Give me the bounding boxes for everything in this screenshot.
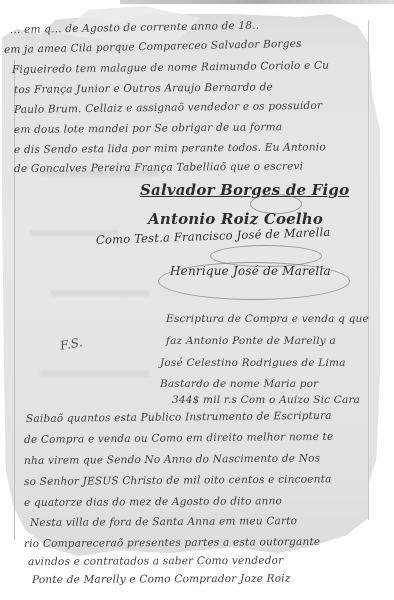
deed-heading-line: faz Antonio Ponte de Marelly a [166, 335, 336, 347]
text-line: e dis Sendo esta lida por mim perante to… [14, 141, 326, 156]
text-line: Saibaõ quantos esta Publico Instrumento … [26, 410, 332, 425]
text-line: avindos e contratados a saber Como vende… [28, 555, 283, 568]
text-line: Ponte de Marelly e Como Comprador Joze R… [32, 573, 291, 586]
text-line: so Senhor JESUS Christo de mil oito cent… [24, 473, 332, 488]
text-line: Paulo Brum. Cellaiz e assignaõ vendedor … [14, 100, 322, 116]
text-line: ... em q... de Agosto de corrente anno d… [10, 20, 259, 36]
text-line: Nesta villa de fora de Santa Anna em meu… [30, 515, 297, 529]
text-line: nha virem que Sendo No Anno do Nasciment… [24, 452, 320, 467]
deed-heading-line: José Celestino Rodrigues de Lima [160, 357, 346, 369]
signature-salvador-borges: Salvador Borges de Figo [140, 181, 349, 199]
deed-heading-line: Escriptura de Compra e venda q que [166, 313, 369, 325]
text-line: de Goncalves Pereira França Tabelliaõ qu… [14, 160, 303, 175]
deed-heading-line: 344$ mil r.s Com o Auizo Sic Cara [172, 394, 360, 406]
document-body: ... em q... de Agosto de corrente anno d… [0, 0, 394, 600]
text-line: em dous lote mandei por Se obrigar de ua… [14, 121, 282, 136]
signature-witness-francisco: Como Test.a Francisco José de Marella [96, 225, 331, 247]
deed-heading-line: Bastardo de nome Maria por [160, 378, 318, 390]
text-line: em ja amea Cila porque Compareceo Salvad… [4, 38, 302, 56]
margin-note: F.S. [59, 335, 84, 353]
text-line: Figueiredo tem malague de nome Raimundo … [12, 60, 329, 76]
text-line: e quatorze dias do mez de Agosto do dito… [24, 495, 282, 509]
text-line: tos França Junior e Outros Araujo Bernar… [14, 81, 273, 96]
document-scan: ... em q... de Agosto de corrente anno d… [0, 0, 394, 600]
text-line: rio Compareceraõ presentes partes a esta… [24, 536, 320, 550]
signature-flourish [158, 262, 350, 300]
text-line: de Compra e venda ou Como em direito mel… [24, 431, 333, 446]
